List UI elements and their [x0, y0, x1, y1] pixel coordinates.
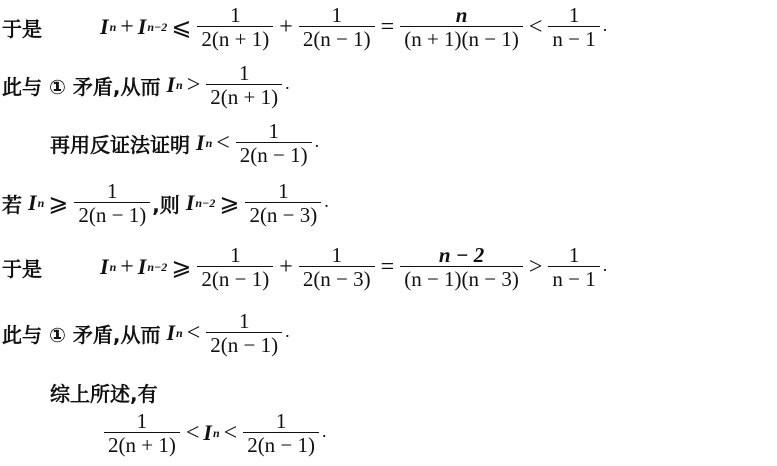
line-3: 再用反证法证明 In < 12(n − 1) . — [0, 120, 319, 166]
label-yushi: 于是 — [2, 13, 42, 42]
line-7: 综上所述,有 — [0, 378, 158, 407]
line-5: 于是 In + In−2 ⩾ 12(n − 1) + 12(n − 3) = n… — [0, 244, 607, 290]
fraction: 12(n − 1) — [206, 310, 282, 356]
line-1: 于是 In + In−2 ⩽ 12(n + 1) + 12(n − 1) = n… — [0, 4, 607, 50]
fraction: 12(n − 1) — [299, 4, 375, 50]
fraction: 1n − 1 — [548, 244, 599, 290]
fraction: 12(n + 1) — [197, 4, 273, 50]
fraction: 12(n − 1) — [197, 244, 273, 290]
fraction: n(n + 1)(n − 1) — [400, 4, 523, 50]
fraction: 12(n + 1) — [104, 410, 180, 456]
line-4: 若 In ⩾ 12(n − 1) ,则 In−2 ⩾ 12(n − 3) . — [0, 180, 329, 226]
fraction: 12(n + 1) — [206, 62, 282, 108]
fraction: 1n − 1 — [548, 4, 599, 50]
line-2: 此与 ① 矛盾,从而 In > 12(n + 1) . — [0, 62, 290, 108]
fraction: n − 2(n − 1)(n − 3) — [400, 244, 523, 290]
line-6: 此与 ① 矛盾,从而 In < 12(n − 1) . — [0, 310, 290, 356]
fraction: 12(n − 1) — [74, 180, 150, 226]
fraction: 12(n − 1) — [236, 120, 312, 166]
fraction: 12(n − 3) — [299, 244, 375, 290]
line-8: 12(n + 1) < In < 12(n − 1) . — [0, 410, 327, 456]
fraction: 12(n − 3) — [245, 180, 321, 226]
fraction: 12(n − 1) — [243, 410, 319, 456]
